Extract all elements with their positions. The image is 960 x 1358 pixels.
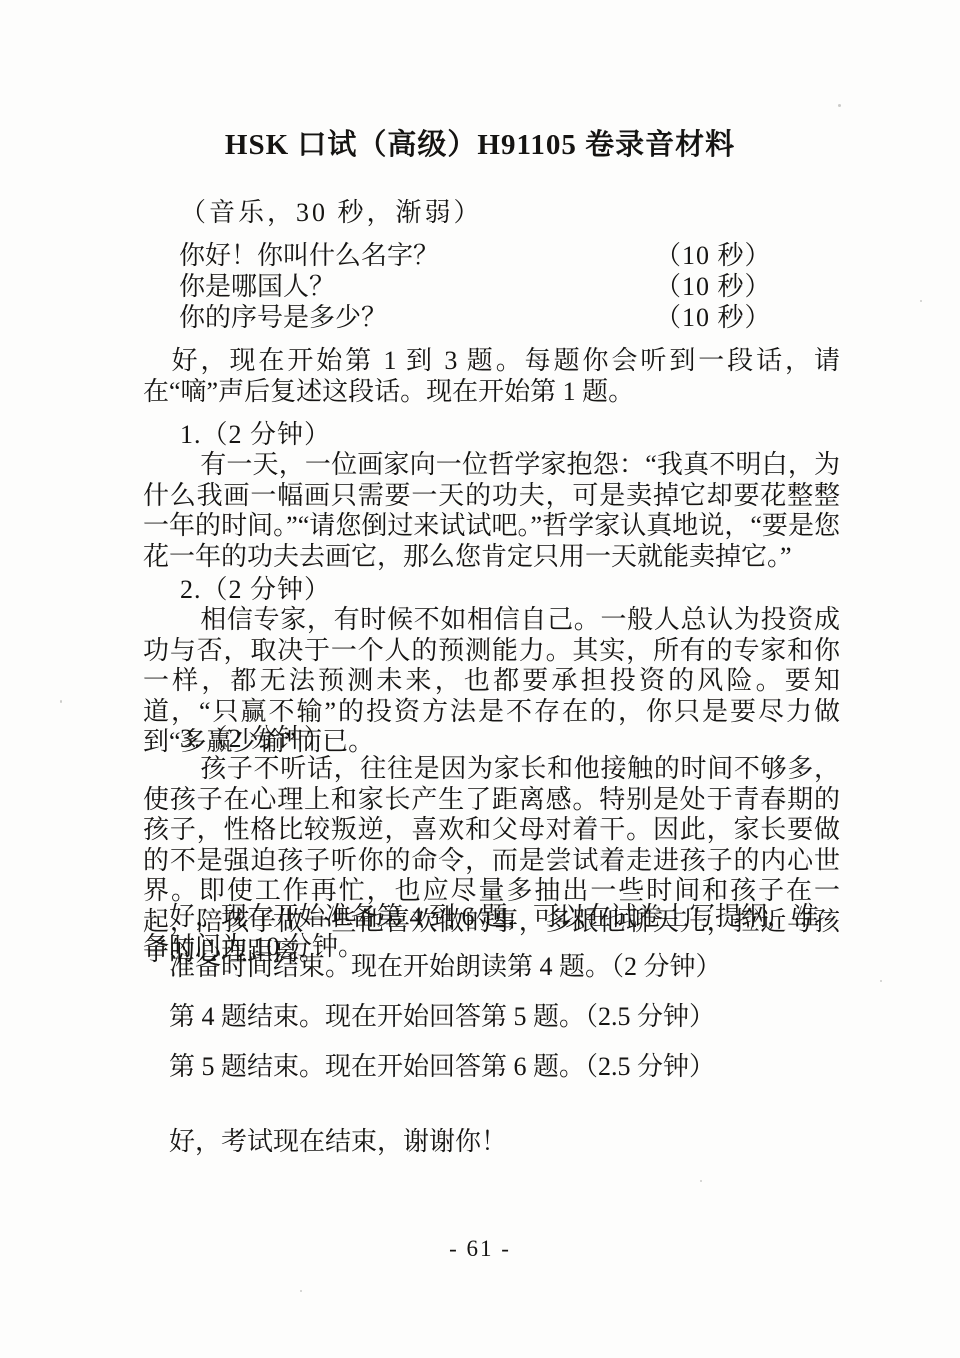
question-text: 你好！你叫什么名字？ <box>179 241 439 270</box>
instruction-line-2: 准备时间结束。现在开始朗读第 4 题。（2 分钟） <box>143 952 840 982</box>
scan-speck <box>838 104 841 107</box>
scan-speck <box>700 1180 702 1182</box>
warmup-question-row: 你是哪国人？ （10 秒） <box>143 271 840 302</box>
instruction-line-4: 第 5 题结束。现在开始回答第 6 题。（2.5 分钟） <box>143 1052 840 1082</box>
scan-speck <box>300 1290 302 1292</box>
intro-paragraph: 好，现在开始第 1 到 3 题。每题你会听到一段话，请在“嘀”声后复述这段话。现… <box>143 346 840 407</box>
scan-speck <box>880 980 882 982</box>
item-1-heading: 1.（2 分钟） <box>143 419 840 450</box>
question-text: 你的序号是多少？ <box>179 303 387 332</box>
warmup-questions: 你好！你叫什么名字？ （10 秒） 你是哪国人？ （10 秒） 你的序号是多少？… <box>143 240 840 333</box>
warmup-question-row: 你的序号是多少？ （10 秒） <box>143 302 840 333</box>
scan-speck <box>920 300 922 302</box>
item-2-heading: 2.（2 分钟） <box>143 574 840 605</box>
scanned-page: HSK 口试（高级）H91105 卷录音材料 （音乐，30 秒，渐弱） 你好！你… <box>0 0 960 1358</box>
exam-item-1: 1.（2 分钟） 有一天，一位画家向一位哲学家抱怨：“我真不明白，为什么我画一幅… <box>143 419 840 572</box>
question-time: （10 秒） <box>655 271 772 302</box>
item-3-heading: 3.（2 分钟） <box>143 723 840 754</box>
document-title: HSK 口试（高级）H91105 卷录音材料 <box>0 122 960 163</box>
scan-speck <box>60 700 62 703</box>
question-time: （10 秒） <box>655 302 772 333</box>
question-text: 你是哪国人？ <box>179 272 335 301</box>
music-cue: （音乐，30 秒，渐弱） <box>143 192 840 229</box>
page-number: - 61 - <box>0 1236 960 1262</box>
warmup-question-row: 你好！你叫什么名字？ （10 秒） <box>143 240 840 271</box>
question-time: （10 秒） <box>655 240 772 271</box>
item-1-body: 有一天，一位画家向一位哲学家抱怨：“我真不明白，为什么我画一幅画只需要一天的功夫… <box>143 450 840 572</box>
instruction-line-3: 第 4 题结束。现在开始回答第 5 题。（2.5 分钟） <box>143 1002 840 1032</box>
closing-line: 好，考试现在结束，谢谢你！ <box>143 1127 840 1157</box>
